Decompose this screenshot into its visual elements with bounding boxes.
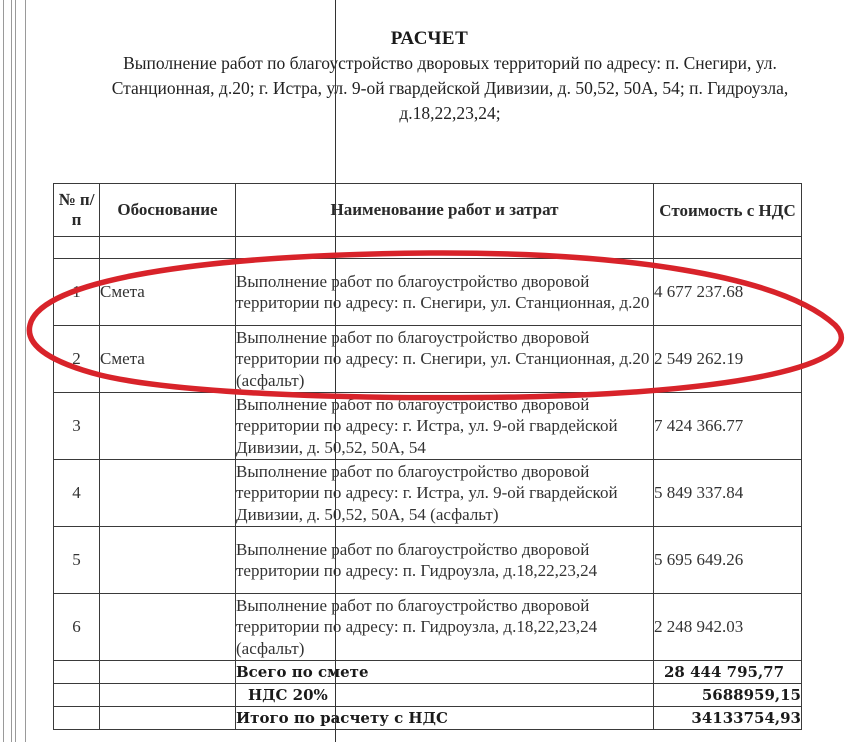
row-cost: 2 549 262.19 [654, 326, 802, 393]
table-row: 1 Смета Выполнение работ по благоустройс… [54, 259, 802, 326]
table-row: 5 Выполнение работ по благоустройство дв… [54, 527, 802, 594]
row-cost: 7 424 366.77 [654, 393, 802, 460]
table-empty-row [54, 237, 802, 259]
row-basis [100, 594, 236, 661]
total-value: 28 444 795,77 [654, 661, 802, 684]
row-description: Выполнение работ по благоустройство двор… [236, 393, 654, 460]
table-row: 3 Выполнение работ по благоустройство дв… [54, 393, 802, 460]
row-description: Выполнение работ по благоустройство двор… [236, 259, 654, 326]
table-header-row: № п/п Обоснование Наименование работ и з… [54, 184, 802, 237]
total-row-subtotal: Всего по смете 28 444 795,77 [54, 661, 802, 684]
header-basis: Обоснование [100, 184, 236, 237]
table-row: 2 Смета Выполнение работ по благоустройс… [54, 326, 802, 393]
row-description: Выполнение работ по благоустройство двор… [236, 460, 654, 527]
calculation-table: № п/п Обоснование Наименование работ и з… [53, 183, 802, 730]
row-description: Выполнение работ по благоустройство двор… [236, 527, 654, 594]
row-description: Выполнение работ по благоустройство двор… [236, 326, 654, 393]
header-num: № п/п [54, 184, 100, 237]
row-num: 2 [54, 326, 100, 393]
scan-edge-line [3, 0, 4, 742]
header-description: Наименование работ и затрат [236, 184, 654, 237]
row-description: Выполнение работ по благоустройство двор… [236, 594, 654, 661]
row-basis [100, 393, 236, 460]
table-row: 4 Выполнение работ по благоустройство дв… [54, 460, 802, 527]
row-basis [100, 527, 236, 594]
scan-fold-line [335, 0, 336, 742]
row-num: 3 [54, 393, 100, 460]
row-cost: 5 695 649.26 [654, 527, 802, 594]
document-subtitle: Выполнение работ по благоустройство двор… [100, 51, 800, 126]
total-row-vat: НДС 20% 5688959,15 [54, 684, 802, 707]
table-row: 6 Выполнение работ по благоустройство дв… [54, 594, 802, 661]
row-basis: Смета [100, 259, 236, 326]
row-num: 4 [54, 460, 100, 527]
total-label: Всего по смете [236, 661, 654, 684]
total-value: 34133754,93 [654, 707, 802, 730]
total-row-grand: Итого по расчету с НДС 34133754,93 [54, 707, 802, 730]
row-num: 6 [54, 594, 100, 661]
row-cost: 2 248 942.03 [654, 594, 802, 661]
row-cost: 5 849 337.84 [654, 460, 802, 527]
row-cost: 4 677 237.68 [654, 259, 802, 326]
scan-edge-line [15, 0, 16, 742]
total-value: 5688959,15 [654, 684, 802, 707]
row-basis [100, 460, 236, 527]
document-title: РАСЧЕТ [0, 28, 859, 50]
row-num: 5 [54, 527, 100, 594]
row-num: 1 [54, 259, 100, 326]
scan-edge-line [25, 0, 26, 742]
row-basis: Смета [100, 326, 236, 393]
vat-label: НДС 20% [248, 686, 328, 704]
scan-edge-line [11, 0, 12, 742]
header-cost: Стоимость с НДС [654, 184, 802, 237]
total-label: Итого по расчету с НДС [236, 707, 654, 730]
total-label: НДС 20% [236, 684, 654, 707]
